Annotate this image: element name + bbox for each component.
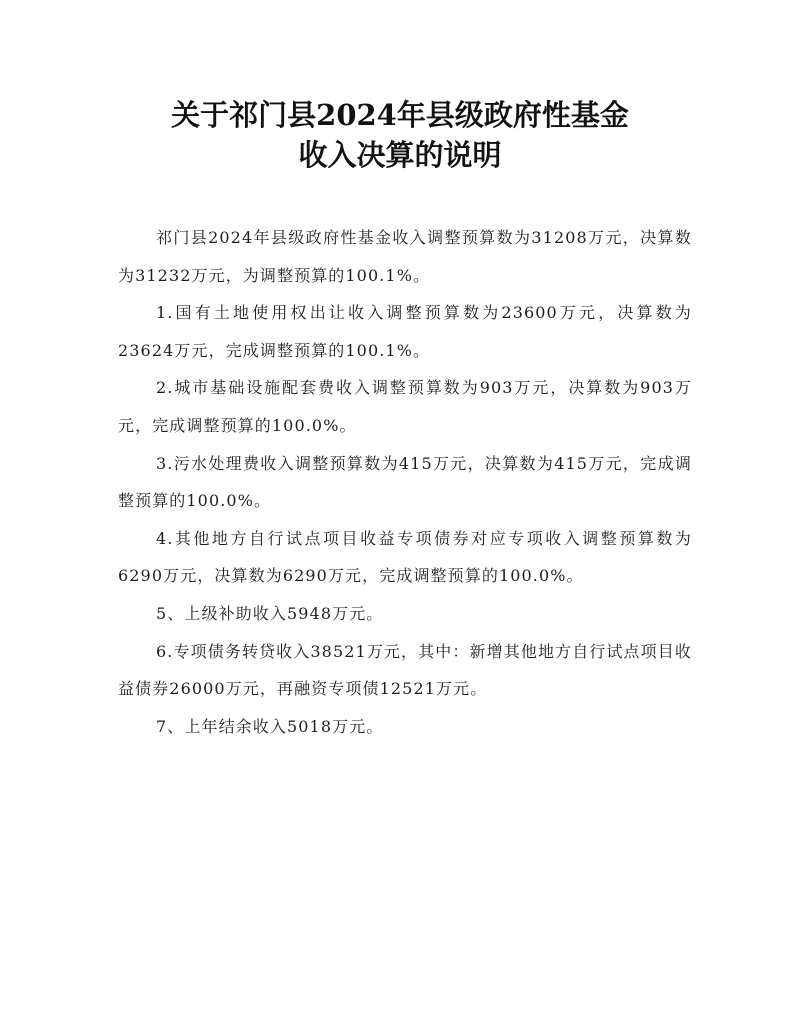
document-page: 关于祁门县2024年县级政府性基金 收入决算的说明 祁门县2024年县级政府性基… [0, 0, 800, 1035]
item-prior-year-balance: 7、上年结余收入5018万元。 [118, 708, 692, 746]
item-land-use-rights: 1.国有土地使用权出让收入调整预算数为23600万元，决算数为23624万元，完… [118, 294, 692, 369]
item-special-bond-income: 4.其他地方自行试点项目收益专项债券对应专项收入调整预算数为6290万元，决算数… [118, 520, 692, 595]
item-infrastructure-fee: 2.城市基础设施配套费收入调整预算数为903万元，决算数为903万元，完成调整预… [118, 369, 692, 444]
document-body: 祁门县2024年县级政府性基金收入调整预算数为31208万元，决算数为31232… [118, 219, 692, 745]
item-superior-subsidy: 5、上级补助收入5948万元。 [118, 595, 692, 633]
summary-paragraph: 祁门县2024年县级政府性基金收入调整预算数为31208万元，决算数为31232… [118, 219, 692, 294]
title-line-2: 收入决算的说明 [0, 135, 800, 175]
item-sewage-fee: 3.污水处理费收入调整预算数为415万元，决算数为415万元，完成调整预算的10… [118, 445, 692, 520]
document-title: 关于祁门县2024年县级政府性基金 收入决算的说明 [0, 95, 800, 175]
item-special-debt-transfer: 6.专项债务转贷收入38521万元，其中：新增其他地方自行试点项目收益债券260… [118, 633, 692, 708]
title-line-1: 关于祁门县2024年县级政府性基金 [0, 95, 800, 135]
